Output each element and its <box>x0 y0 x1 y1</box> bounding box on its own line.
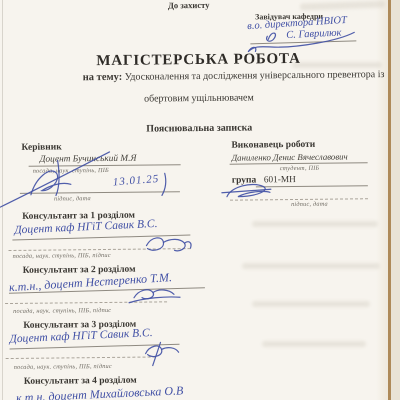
consultant3-line1 <box>10 344 180 350</box>
department-head-signature-loop <box>267 33 276 41</box>
topic-line2: обертовим ущільнювачем <box>0 91 399 106</box>
consultant3-signature-slash <box>152 342 160 365</box>
document-subtitle: Пояснювальна записка <box>0 121 399 136</box>
supervisor-sign-caption: підпис, дата <box>54 195 91 202</box>
department-head-name-handwriting: С. Гаврилюк <box>286 28 342 41</box>
consultant2-caption: посада, наук. ступінь, ПІБ, підпис <box>13 307 111 315</box>
consultant3-caption: посада, наук. ступінь, ПІБ, підпис <box>14 363 112 371</box>
document-title: МАГІСТЕРСЬКА РОБОТА <box>0 50 399 71</box>
consultant1-line1 <box>12 235 190 241</box>
topic-label: на тему: <box>83 72 123 83</box>
topic-line1: Удосконалення та дослідження універсальн… <box>125 69 385 83</box>
approval-signature-line <box>250 40 356 44</box>
scanned-thesis-title-page: До захисту Завідувач кафедри в.о. директ… <box>0 0 400 400</box>
consultant1-line2 <box>9 248 191 251</box>
consultant2-line2 <box>5 301 167 304</box>
supervisor-signature-line <box>20 191 180 194</box>
supervisor-date-handwriting: 13.01.25 <box>112 173 159 189</box>
executor-name: Даниленко Денис Вячеславович <box>232 151 348 162</box>
defense-status-text: До захисту <box>168 0 210 10</box>
supervisor-label: Керівник <box>21 142 61 152</box>
group-label: група <box>232 175 257 185</box>
consultant3-signature-2 <box>162 348 179 353</box>
consultant2-signature <box>134 290 154 299</box>
executor-signature-strike <box>222 189 271 193</box>
consultant3-signature <box>146 346 162 357</box>
executor-name-caption: студент, ПІБ <box>280 165 320 172</box>
executor-label: Виконавець роботи <box>231 140 315 151</box>
executor-sign-caption: підпис, дата <box>291 201 328 208</box>
consultant1-caption: посада, наук. ступінь, ПІБ, підпис <box>13 252 111 260</box>
page-content: До захисту Завідувач кафедри в.о. директ… <box>0 0 400 400</box>
group-line <box>256 185 368 187</box>
consultant3-line2 <box>6 356 156 359</box>
group-value: 601-МН <box>264 175 296 185</box>
supervisor-name: Доцент Бучинський М.Я <box>40 154 137 165</box>
supervisor-name-caption: посада, наук. ступінь, ПІБ <box>33 167 109 175</box>
consultant2-signature-2 <box>153 290 174 295</box>
